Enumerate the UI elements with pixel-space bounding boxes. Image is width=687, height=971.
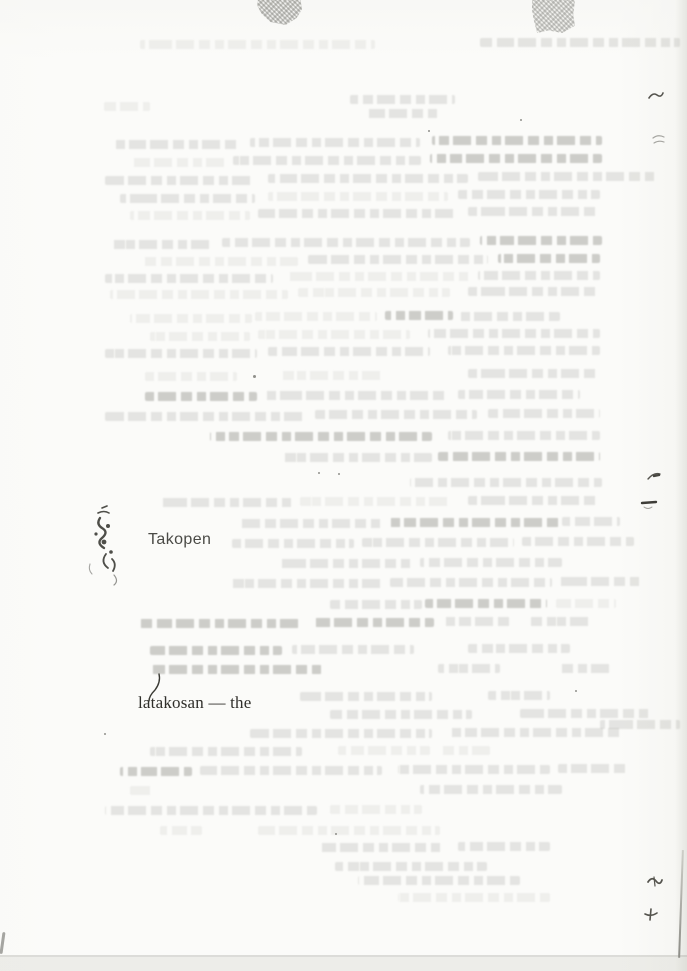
page-right-edge-shadow	[675, 0, 687, 971]
page-left-edge-mark	[0, 932, 6, 954]
faded-text-fragment	[522, 537, 634, 546]
faded-text-fragment	[460, 312, 560, 321]
faded-text-fragment	[110, 290, 288, 299]
faded-text-fragment	[498, 254, 600, 263]
pen-mark	[640, 498, 660, 512]
faded-text-fragment	[292, 645, 414, 654]
faded-text-fragment	[438, 452, 600, 461]
ink-speck	[335, 833, 337, 835]
faded-text-fragment	[288, 272, 470, 281]
faded-text-fragment	[468, 369, 600, 378]
ink-speck	[575, 690, 577, 692]
pen-mark	[652, 134, 666, 146]
faded-text-fragment	[105, 412, 307, 421]
faded-text-fragment	[330, 710, 472, 719]
faded-text-fragment	[105, 176, 255, 185]
faded-text-fragment	[350, 95, 455, 104]
ink-speck	[318, 472, 320, 474]
faded-text-fragment	[420, 558, 562, 567]
faded-text-fragment	[335, 862, 487, 871]
faded-text-fragment	[330, 805, 422, 814]
faded-text-fragment	[105, 349, 257, 358]
faded-text-fragment	[362, 538, 514, 547]
faded-text-fragment	[105, 274, 273, 283]
faded-text-fragment	[488, 409, 600, 418]
faded-text-fragment	[430, 154, 602, 163]
ink-speck	[520, 119, 522, 121]
faded-text-fragment	[280, 559, 412, 568]
faded-text-fragment	[428, 329, 600, 338]
faded-text-fragment	[312, 618, 434, 627]
faded-text-fragment	[338, 746, 430, 755]
faded-text-fragment	[478, 271, 600, 280]
faded-text-fragment	[308, 255, 488, 264]
faded-text-fragment	[210, 432, 432, 441]
faded-text-fragment	[200, 766, 382, 775]
faded-text-fragment	[450, 728, 622, 737]
faded-text-fragment	[255, 312, 377, 321]
faded-text-fragment	[556, 599, 616, 608]
faded-text-fragment	[520, 709, 652, 718]
faded-text-fragment	[258, 826, 440, 835]
word-takopen: Takopen	[148, 531, 211, 549]
faded-text-fragment	[398, 893, 550, 902]
faded-text-fragment	[150, 747, 302, 756]
faded-text-fragment	[432, 136, 602, 145]
faded-text-fragment	[120, 194, 255, 203]
faded-text-fragment	[315, 410, 477, 419]
word-yatakosan-line: latakosan — the	[138, 693, 251, 713]
faded-text-fragment	[145, 372, 237, 381]
faded-text-fragment	[120, 767, 192, 776]
faded-text-fragment	[268, 192, 448, 201]
faded-text-fragment	[558, 764, 630, 773]
faded-text-fragment	[258, 330, 410, 339]
faded-text-fragment	[160, 826, 202, 835]
faded-text-fragment	[130, 158, 225, 167]
faded-text-fragment	[280, 453, 432, 462]
faded-text-fragment	[366, 109, 438, 118]
faded-text-fragment	[468, 287, 600, 296]
faded-text-fragment	[250, 729, 432, 738]
faded-text-fragment	[390, 578, 552, 587]
faded-text-fragment	[385, 311, 453, 320]
faded-text-fragment	[458, 842, 550, 851]
pen-mark	[646, 470, 662, 482]
faded-text-fragment	[480, 236, 602, 245]
faded-text-fragment	[232, 539, 354, 548]
faded-text-fragment	[558, 664, 610, 673]
faded-text-fragment	[458, 390, 580, 399]
faded-text-fragment	[222, 238, 470, 247]
faded-text-fragment	[410, 478, 602, 487]
faded-text-fragment	[480, 38, 680, 47]
faded-text-fragment	[320, 843, 442, 852]
faded-text-fragment	[442, 617, 510, 626]
faded-text-fragment	[388, 518, 560, 527]
faded-text-fragment	[110, 240, 210, 249]
faded-text-fragment	[145, 392, 257, 401]
faded-text-fragment	[268, 174, 468, 183]
faded-text-fragment	[160, 498, 292, 507]
faded-text-fragment	[298, 288, 450, 297]
faded-text-fragment	[448, 431, 600, 440]
faded-text-fragment	[468, 496, 600, 505]
faded-text-fragment	[530, 617, 592, 626]
faded-text-fragment	[140, 257, 298, 266]
faded-text-fragment	[130, 211, 250, 220]
faded-text-fragment	[558, 577, 640, 586]
faded-text-fragment	[300, 497, 452, 506]
toner-smudge-left	[257, 0, 302, 25]
faded-text-fragment	[150, 665, 322, 674]
faded-text-fragment	[358, 876, 520, 885]
toner-smudge-right	[532, 0, 575, 33]
faded-text-fragment	[233, 156, 421, 165]
faded-text-fragment	[398, 765, 550, 774]
faded-text-fragment	[330, 600, 422, 609]
faded-text-fragment	[258, 209, 458, 218]
faded-text-fragment	[130, 786, 154, 795]
faded-text-fragment	[425, 599, 547, 608]
faded-text-fragment	[115, 140, 240, 149]
faded-text-fragment	[468, 207, 600, 216]
faded-text-fragment	[140, 619, 302, 628]
faded-text-fragment	[478, 172, 658, 181]
page-bottom-edge	[0, 955, 687, 971]
faded-text-fragment	[250, 138, 420, 147]
ink-speck	[253, 375, 256, 378]
ink-scribble	[78, 504, 124, 590]
faded-text-fragment	[240, 519, 382, 528]
faded-text-fragment	[268, 347, 430, 356]
faded-text-fragment	[130, 314, 252, 323]
faded-text-fragment	[438, 664, 500, 673]
pen-mark	[643, 908, 659, 922]
scanned-page: Takopen latakosan — the	[0, 0, 687, 971]
faded-text-fragment	[300, 692, 432, 701]
pen-mark	[648, 90, 664, 102]
faded-text-fragment	[458, 190, 600, 199]
faded-text-fragment	[438, 746, 490, 755]
faded-text-fragment	[140, 40, 375, 49]
faded-text-fragment	[105, 806, 317, 815]
pen-mark	[646, 874, 664, 888]
faded-text-fragment	[448, 346, 600, 355]
ink-speck	[104, 733, 106, 735]
faded-text-fragment	[468, 644, 570, 653]
faded-text-fragment	[420, 785, 562, 794]
ink-speck	[428, 130, 430, 132]
faded-text-fragment	[230, 579, 382, 588]
faded-text-fragment	[562, 517, 620, 526]
faded-text-fragment	[265, 391, 447, 400]
ink-speck	[338, 473, 340, 475]
faded-text-fragment	[488, 691, 550, 700]
faded-text-fragment	[150, 646, 282, 655]
faded-text-fragment	[150, 332, 250, 341]
faded-text-fragment	[280, 371, 382, 380]
faded-text-fragment	[104, 102, 150, 111]
